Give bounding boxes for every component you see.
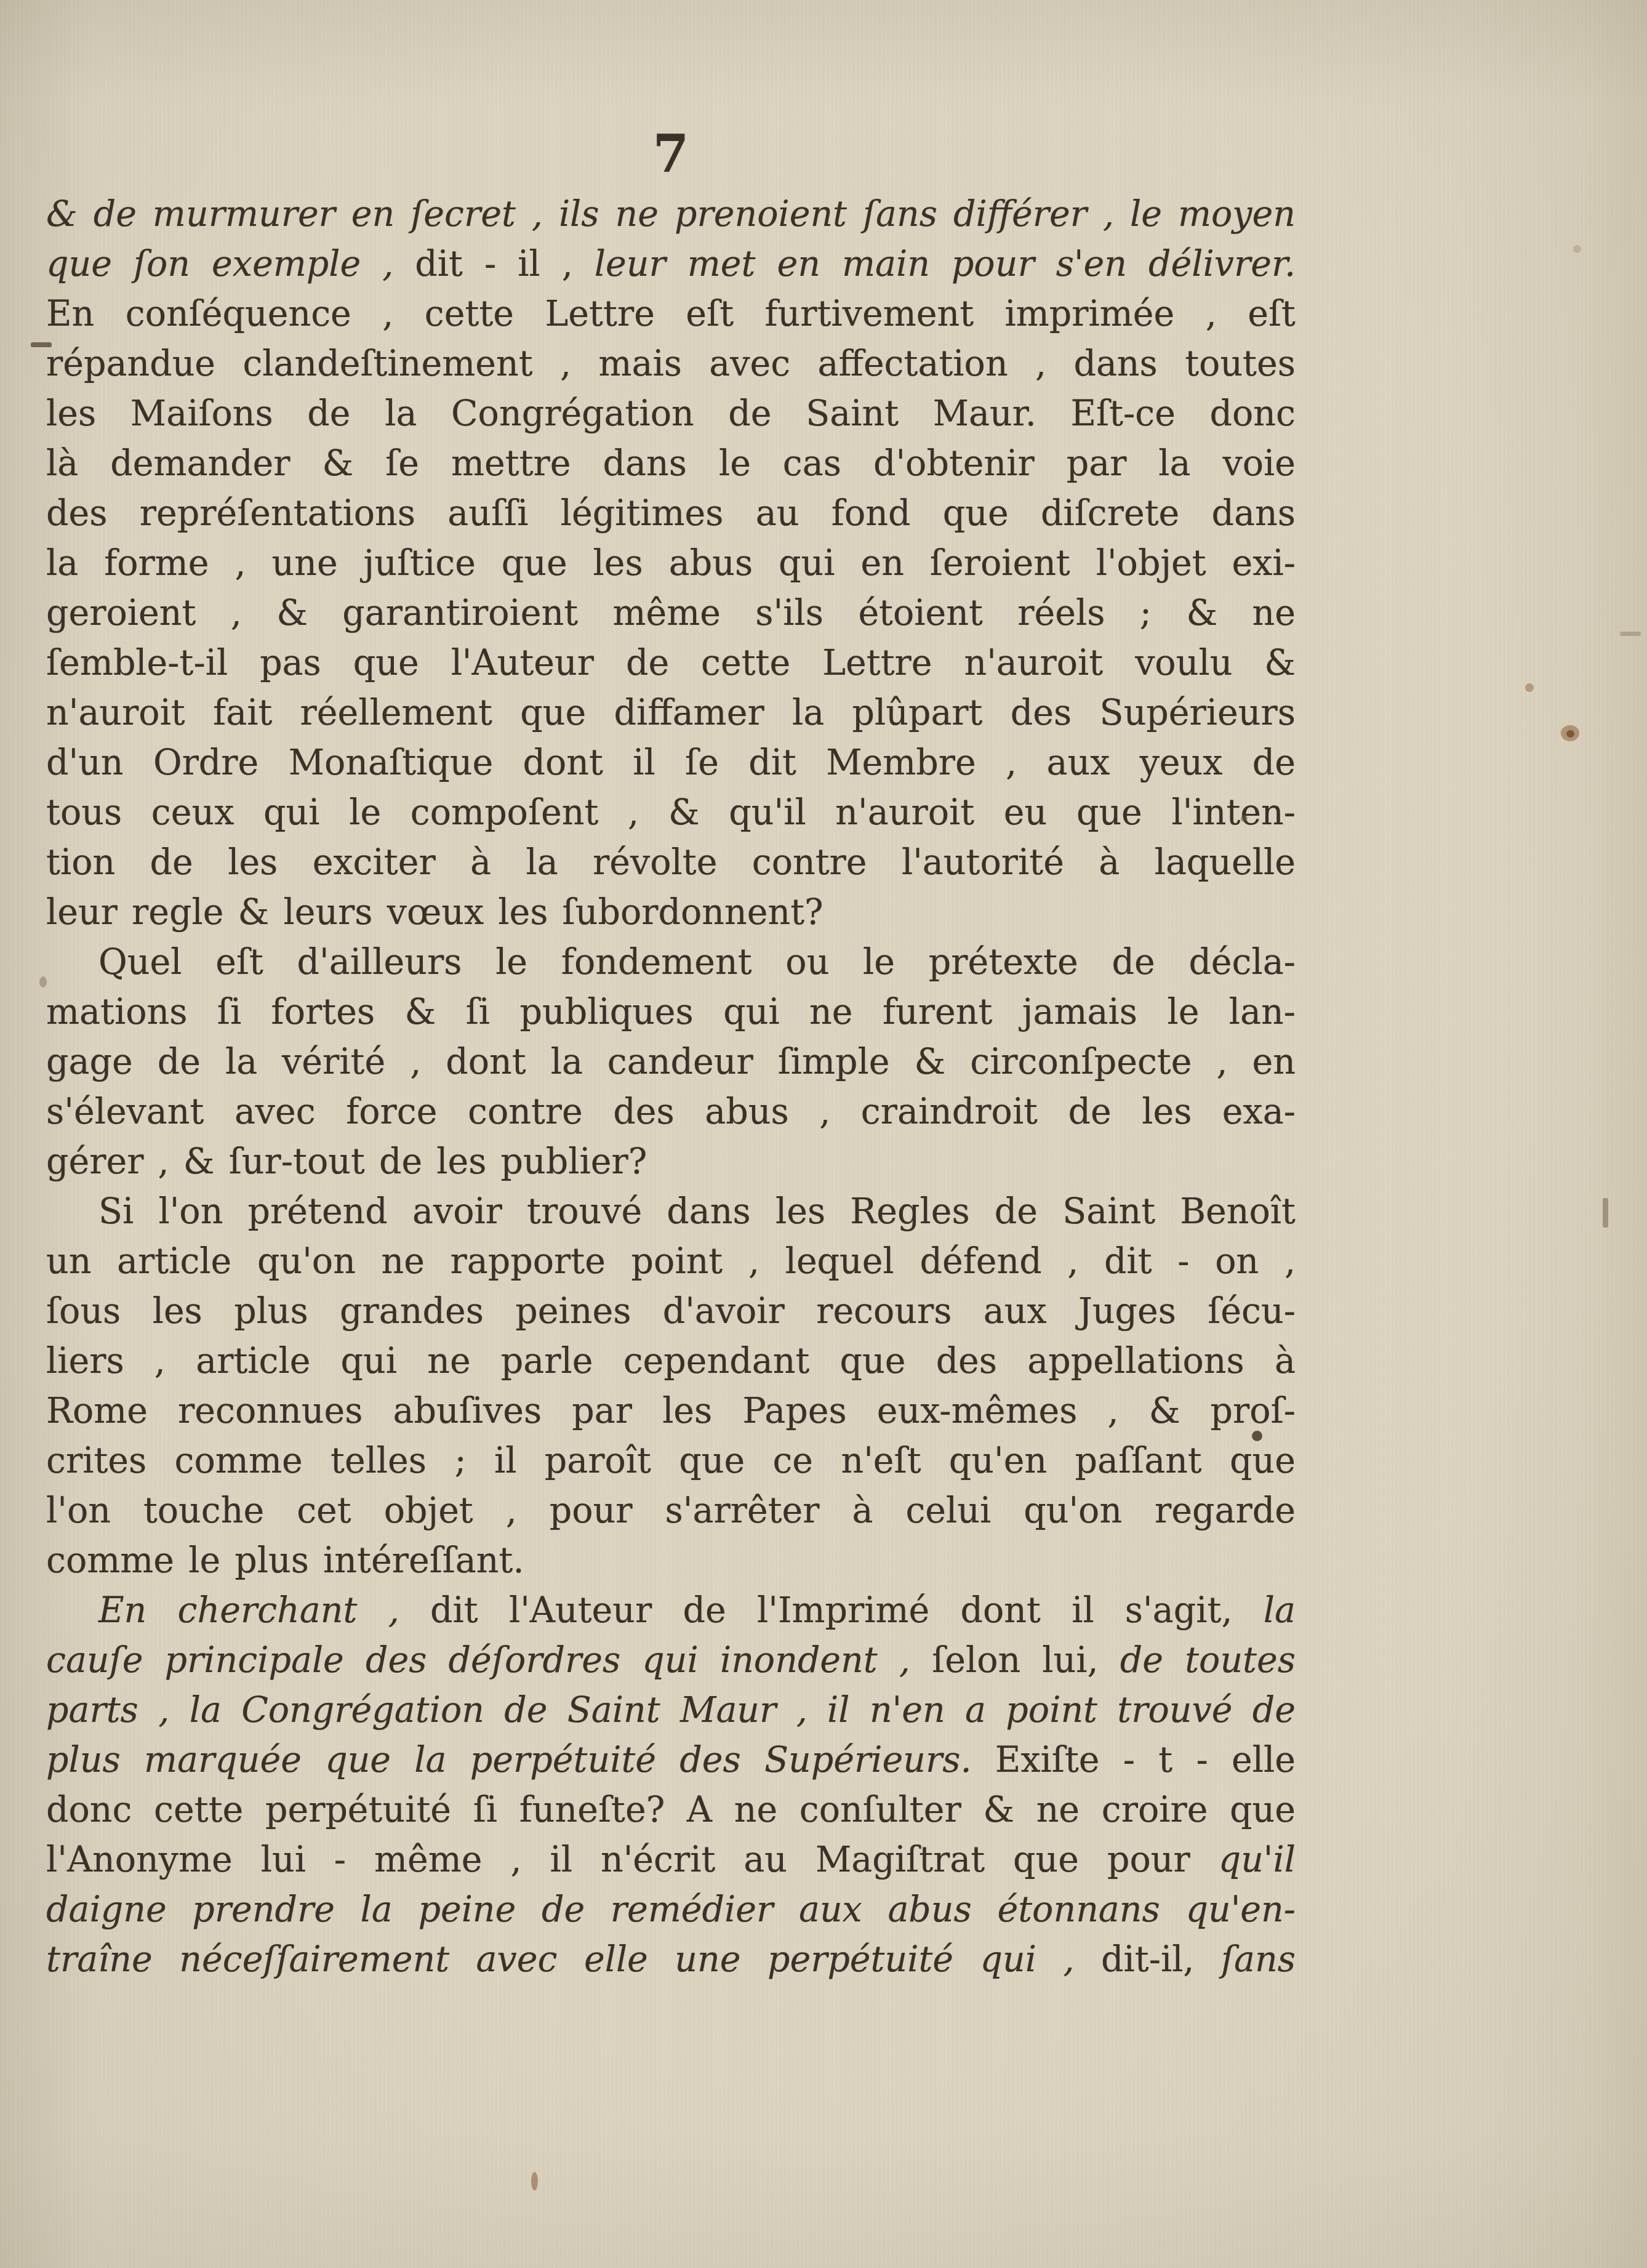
- text-segment-roman: Si l'on prétend avoir trouvé dans les Re…: [98, 1191, 1296, 1232]
- text-segment-italic: leur met en main pour s'en délivrer.: [595, 244, 1296, 284]
- text-line: ſous les plus grandes peines d'avoir rec…: [46, 1287, 1296, 1337]
- text-line: donc cette perpétuité ſi funeſte? A ne c…: [46, 1785, 1296, 1835]
- text-segment-italic: cauſe principale des déſordres qui inond…: [46, 1640, 932, 1681]
- text-segment-roman: donc cette perpétuité ſi funeſte? A ne c…: [46, 1790, 1296, 1830]
- text-segment-italic: ſans: [1221, 1939, 1296, 1980]
- text-line: l'Anonyme lui - même , il n'écrit au Mag…: [46, 1835, 1296, 1885]
- text-segment-roman: dit-il,: [1101, 1939, 1221, 1980]
- text-segment-roman: comme le plus intéreſſant.: [46, 1540, 524, 1581]
- text-line: s'élevant avec force contre des abus , c…: [46, 1087, 1296, 1137]
- text-line: que ſon exemple , dit - il , leur met en…: [46, 239, 1296, 289]
- text-segment-italic: de toutes: [1120, 1640, 1296, 1681]
- text-segment-roman: dit l'Auteur de l'Imprimé dont il s'agit…: [430, 1590, 1264, 1631]
- text-line: n'auroit fait réellement que diffamer la…: [46, 688, 1296, 738]
- scan-stain: [1603, 1198, 1608, 1228]
- text-segment-roman: Rome reconnues abuſives par les Papes eu…: [46, 1391, 1296, 1431]
- text-segment-roman: là demander & ſe mettre dans le cas d'ob…: [46, 443, 1296, 484]
- text-segment-roman: ſelon lui,: [932, 1640, 1120, 1681]
- text-segment-italic: qu'il: [1219, 1840, 1296, 1880]
- text-segment-roman: un article qu'on ne rapporte point , leq…: [46, 1241, 1296, 1282]
- text-line: Si l'on prétend avoir trouvé dans les Re…: [46, 1187, 1296, 1237]
- text-line: & de murmurer en ſecret , ils ne prenoie…: [46, 190, 1296, 239]
- text-segment-roman: crites comme telles ; il paroît que ce n…: [46, 1441, 1296, 1481]
- text-line: comme le plus intéreſſant.: [46, 1536, 1296, 1586]
- text-line: les Maiſons de la Congrégation de Saint …: [46, 389, 1296, 439]
- text-segment-roman: des repréſentations auſſi légitimes au f…: [46, 493, 1296, 534]
- text-segment-italic: parts , la Congrégation de Saint Maur , …: [46, 1690, 1296, 1731]
- text-segment-italic: traîne néceſſairement avec elle une perp…: [46, 1939, 1101, 1980]
- scan-stain: [531, 2172, 538, 2190]
- text-segment-roman: s'élevant avec force contre des abus , c…: [46, 1092, 1296, 1132]
- text-segment-roman: En conſéquence , cette Lettre eſt furtiv…: [46, 294, 1296, 334]
- text-line: tion de les exciter à la révolte contre …: [46, 838, 1296, 888]
- text-segment-roman: l'on touche cet objet , pour s'arrêter à…: [46, 1490, 1296, 1531]
- text-line: plus marquée que la perpétuité des Supér…: [46, 1735, 1296, 1785]
- text-line: liers , article qui ne parle cependant q…: [46, 1337, 1296, 1386]
- scan-stain: [1561, 725, 1579, 741]
- text-segment-italic: la: [1264, 1590, 1296, 1631]
- scanned-page: 7 & de murmurer en ſecret , ils ne preno…: [0, 0, 1647, 2268]
- text-segment-roman: geroient , & garantiroient même s'ils ét…: [46, 593, 1296, 633]
- text-segment-italic: & de murmurer en ſecret , ils ne prenoie…: [46, 194, 1296, 235]
- scan-stain: [1573, 245, 1581, 253]
- scan-stain: [1566, 730, 1574, 738]
- text-segment-italic: que ſon exemple ,: [46, 244, 415, 284]
- text-line: En cherchant , dit l'Auteur de l'Imprimé…: [46, 1586, 1296, 1636]
- scan-stain: [1620, 632, 1641, 636]
- text-line: la forme , une juſtice que les abus qui …: [46, 539, 1296, 589]
- text-line: parts , la Congrégation de Saint Maur , …: [46, 1686, 1296, 1735]
- text-segment-roman: Quel eſt d'ailleurs le fondement ou le p…: [98, 942, 1296, 983]
- text-line: gérer , & ſur-tout de les publier?: [46, 1137, 1296, 1187]
- text-line: tous ceux qui le compoſent , & qu'il n'a…: [46, 788, 1296, 838]
- text-segment-roman: les Maiſons de la Congrégation de Saint …: [46, 393, 1296, 434]
- text-segment-roman: Exiſte - t - elle: [995, 1740, 1296, 1780]
- text-line: Rome reconnues abuſives par les Papes eu…: [46, 1386, 1296, 1436]
- text-segment-roman: mations ſi fortes & ſi publiques qui ne …: [46, 992, 1296, 1032]
- text-block: & de murmurer en ſecret , ils ne prenoie…: [46, 190, 1296, 1985]
- text-segment-roman: gage de la vérité , dont la candeur ſimp…: [46, 1042, 1296, 1082]
- text-line: traîne néceſſairement avec elle une perp…: [46, 1935, 1296, 1985]
- text-line: là demander & ſe mettre dans le cas d'ob…: [46, 439, 1296, 489]
- text-line: En conſéquence , cette Lettre eſt furtiv…: [46, 289, 1296, 339]
- page-number: 7: [46, 123, 1296, 184]
- text-line: gage de la vérité , dont la candeur ſimp…: [46, 1037, 1296, 1087]
- text-segment-italic: daigne prendre la peine de remédier aux …: [46, 1889, 1296, 1930]
- text-line: ſemble-t-il pas que l'Auteur de cette Le…: [46, 638, 1296, 688]
- text-line: mations ſi fortes & ſi publiques qui ne …: [46, 987, 1296, 1037]
- text-segment-roman: l'Anonyme lui - même , il n'écrit au Mag…: [46, 1840, 1219, 1880]
- text-segment-italic: plus marquée que la perpétuité des Supér…: [46, 1740, 995, 1780]
- text-segment-roman: dit - il ,: [415, 244, 595, 284]
- text-line: des repréſentations auſſi légitimes au f…: [46, 489, 1296, 539]
- text-segment-italic: En cherchant ,: [98, 1590, 430, 1631]
- text-segment-roman: répandue clandeſtinement , mais avec aff…: [46, 344, 1296, 384]
- text-segment-roman: liers , article qui ne parle cependant q…: [46, 1341, 1296, 1381]
- text-line: daigne prendre la peine de remédier aux …: [46, 1885, 1296, 1935]
- text-line: un article qu'on ne rapporte point , leq…: [46, 1237, 1296, 1287]
- text-line: geroient , & garantiroient même s'ils ét…: [46, 589, 1296, 638]
- text-line: Quel eſt d'ailleurs le fondement ou le p…: [46, 938, 1296, 987]
- text-segment-roman: ſous les plus grandes peines d'avoir rec…: [46, 1291, 1296, 1332]
- text-line: cauſe principale des déſordres qui inond…: [46, 1636, 1296, 1686]
- text-line: crites comme telles ; il paroît que ce n…: [46, 1436, 1296, 1486]
- text-segment-roman: la forme , une juſtice que les abus qui …: [46, 543, 1296, 584]
- text-segment-roman: d'un Ordre Monaſtique dont il ſe dit Mem…: [46, 742, 1296, 783]
- text-line: leur regle & leurs vœux les ſubordonnent…: [46, 888, 1296, 938]
- text-segment-roman: gérer , & ſur-tout de les publier?: [46, 1141, 647, 1182]
- text-line: répandue clandeſtinement , mais avec aff…: [46, 339, 1296, 389]
- text-line: l'on touche cet objet , pour s'arrêter à…: [46, 1486, 1296, 1536]
- text-segment-roman: ſemble-t-il pas que l'Auteur de cette Le…: [46, 643, 1296, 683]
- text-segment-roman: tous ceux qui le compoſent , & qu'il n'a…: [46, 792, 1296, 833]
- scan-stain: [1525, 683, 1534, 692]
- text-line: d'un Ordre Monaſtique dont il ſe dit Mem…: [46, 738, 1296, 788]
- text-segment-roman: tion de les exciter à la révolte contre …: [46, 842, 1296, 883]
- text-segment-roman: leur regle & leurs vœux les ſubordonnent…: [46, 892, 823, 933]
- text-segment-roman: n'auroit fait réellement que diffamer la…: [46, 693, 1296, 733]
